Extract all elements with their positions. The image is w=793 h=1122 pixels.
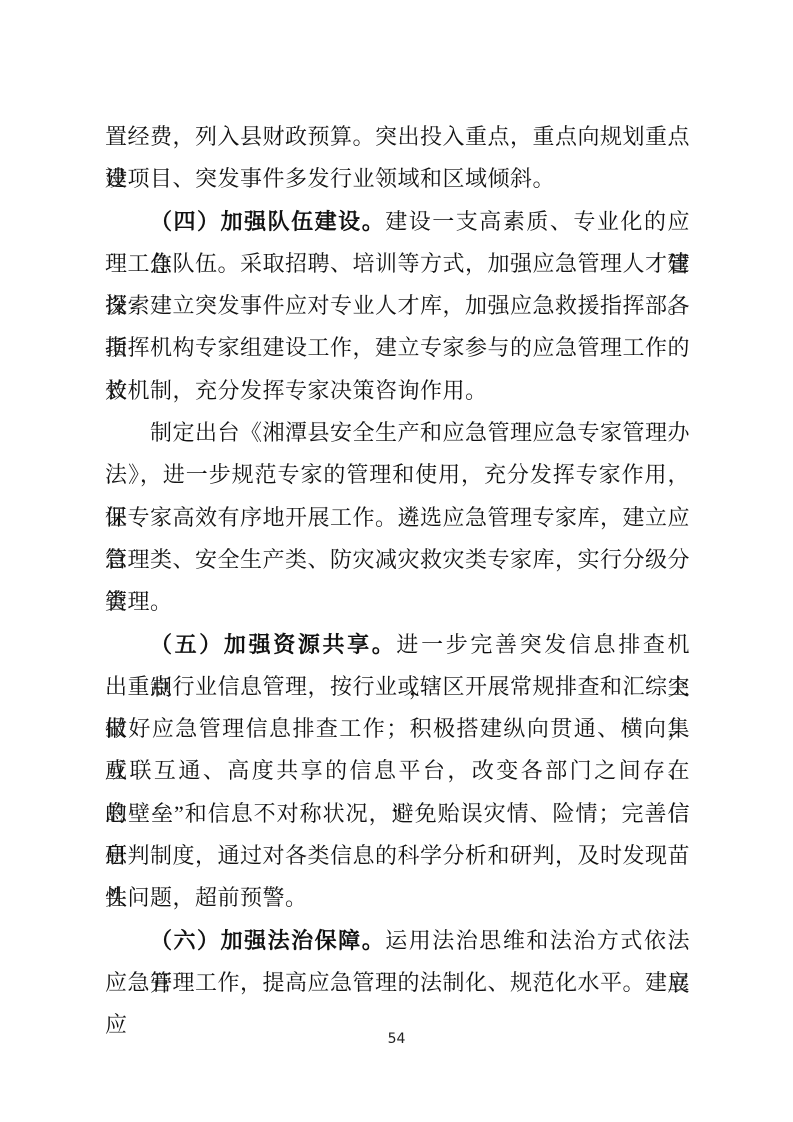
text-line: 效机制，充分发挥专家决策咨询作用。 <box>105 370 690 412</box>
document-page: 置经费，列入县财政预算。突出投入重点，重点向规划重点建设项目、突发事件多发行业领… <box>0 0 793 1122</box>
line-text: 效机制，充分发挥专家决策咨询作用。 <box>105 378 488 403</box>
text-line: 管理。 <box>105 581 690 623</box>
text-line: 管理类、安全生产类、防灾减灾救灾类专家库，实行分级分类 <box>105 539 690 581</box>
text-line: 研判制度，通过对各类信息的科学分析和研判，及时发现苗头 <box>105 835 690 877</box>
text-line: 证专家高效有序地开展工作。遴选应急管理专家库，建立应急 <box>105 497 690 539</box>
text-line: 应急管理工作，提高应急管理的法制化、规范化水平。建立应 <box>105 962 690 1004</box>
text-line: 性问题，超前预警。 <box>105 877 690 919</box>
text-line: 置经费，列入县财政预算。突出投入重点，重点向规划重点建 <box>105 116 690 158</box>
section-heading: （六）加强法治保障。 <box>150 929 385 954</box>
text-line: （六）加强法治保障。运用法治思维和法治方式依法开展 <box>105 920 690 962</box>
text-line: 法》，进一步规范专家的管理和使用，充分发挥专家作用，保 <box>105 454 690 496</box>
text-line: 理工作队伍。采取招聘、培训等方式，加强应急管理人才建设。 <box>105 243 690 285</box>
text-line: 探索建立突发事件应对专业人才库，加强应急救援指挥部各项 <box>105 285 690 327</box>
text-line: 制定出台《湘潭县安全生产和应急管理应急专家管理办 <box>105 412 690 454</box>
line-text: 应急管理工作，提高应急管理的法制化、规范化水平。建立应 <box>105 970 690 1037</box>
text-line: 息壁垒”和信息不对称状况，避免贻误灾情、险情；完善信息 <box>105 793 690 835</box>
text-line: 做好应急管理信息排查工作；积极搭建纵向贯通、横向集成、 <box>105 708 690 750</box>
document-body: 置经费，列入县财政预算。突出投入重点，重点向规划重点建设项目、突发事件多发行业领… <box>105 116 690 1004</box>
line-text: 制定出台《湘潭县安全生产和应急管理应急专家管理办 <box>150 420 690 445</box>
text-line: 设项目、突发事件多发行业领域和区域倾斜。 <box>105 158 690 200</box>
section-heading: （五）加强资源共享。 <box>150 633 396 658</box>
line-text: 性问题，超前预警。 <box>105 885 308 910</box>
text-line: 出重点行业信息管理，按行业或辖区开展常规排查和汇综上报， <box>105 666 690 708</box>
text-line: 指挥机构专家组建设工作，建立专家参与的应急管理工作的长 <box>105 327 690 369</box>
text-line: （四）加强队伍建设。建设一支高素质、专业化的应急管 <box>105 201 690 243</box>
line-text: 设项目、突发事件多发行业领域和区域倾斜。 <box>105 166 555 191</box>
text-line: 互联互通、高度共享的信息平台，改变各部门之间存在的“信 <box>105 750 690 792</box>
text-line: （五）加强资源共享。进一步完善突发信息排查机制，突 <box>105 624 690 666</box>
section-heading: （四）加强队伍建设。 <box>150 210 385 235</box>
line-text: 管理。 <box>105 589 173 614</box>
page-number: 54 <box>0 1031 793 1047</box>
